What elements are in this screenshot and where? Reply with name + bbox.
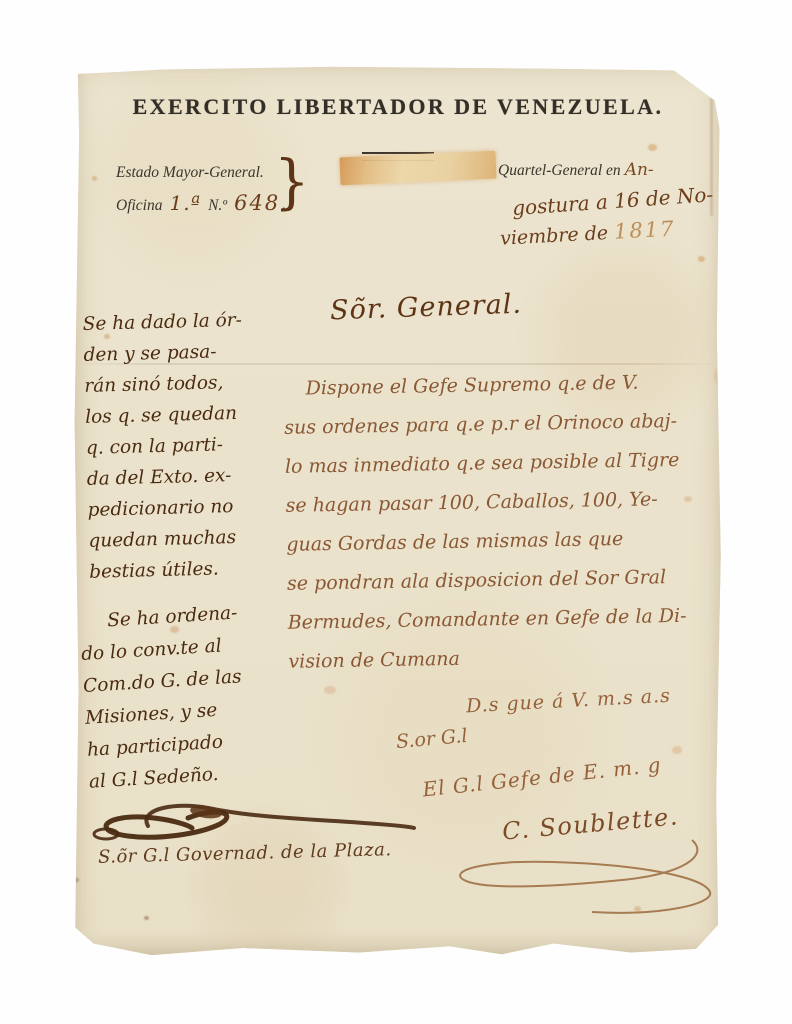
foxing-spot — [648, 144, 657, 151]
foxing-spot — [92, 176, 97, 181]
letterhead-title: EXERCITO LIBERTADOR DE VENEZUELA. — [74, 94, 722, 120]
office-line2: Oficina 1.ª N.º 648. — [116, 191, 289, 215]
body-line: Bermudes, Comandante en Gefe de la Di- — [287, 596, 724, 643]
foxing-spot — [324, 686, 336, 694]
margin-note-paragraph1: Se ha dado la ór- den y se pasa- rán sin… — [82, 303, 311, 588]
office-line1: Estado Mayor-General. — [116, 164, 289, 182]
tape-stain — [339, 151, 496, 186]
foxing-spot — [684, 496, 692, 502]
office-number-handwritten: 1.ª — [170, 191, 202, 215]
body-line: se hagan pasar 100, Caballos, 100, Ye- — [285, 479, 722, 526]
foxing-spot — [74, 878, 79, 882]
address-line: S.õr G.l Governad. de la Plaza. — [98, 839, 392, 868]
dateline-hand-line2: gostura a 16 de No- — [511, 182, 718, 220]
dateline-hand-part1: An- — [625, 160, 654, 180]
closing-addressee-abbrev: S.or G.l — [395, 725, 468, 753]
foxing-spot — [144, 916, 149, 920]
signature-soublette: C. Soublette. — [501, 802, 680, 845]
letter-body: Dispone el Gefe Supremo q.e de V. sus or… — [283, 362, 724, 682]
margin-note-paragraph2: Se ha ordena- do lo conv.te al Com.do G.… — [78, 593, 317, 799]
manuscript-page: EXERCITO LIBERTADOR DE VENEZUELA. Estado… — [74, 66, 722, 956]
printed-brace: } — [274, 148, 310, 216]
number-label: N.º — [208, 197, 227, 215]
closing-valediction: D.s gue á V. m.s a.s — [466, 685, 672, 718]
foxing-spot — [170, 626, 179, 633]
foxing-spot — [714, 366, 728, 386]
dateline-block: Quartel-General en An- gostura a 16 de N… — [498, 160, 718, 244]
body-line: vision de Cumana — [288, 635, 725, 682]
margin-line: bestias útiles. — [89, 551, 312, 588]
dateline-printed: Quartel-General en — [498, 162, 621, 179]
dateline-year: 1817 — [613, 217, 676, 244]
clipped-corner-crease — [675, 59, 713, 91]
office-label: Oficina — [116, 197, 163, 215]
foxing-spot — [698, 256, 705, 262]
foxing-spot — [104, 334, 110, 339]
right-edge-fold — [710, 98, 713, 216]
signature-flourish — [442, 834, 718, 930]
foxing-spot — [634, 906, 641, 912]
closing-office-line: El G.l Gefe de E. m. g — [421, 753, 662, 802]
office-reference-block: Estado Mayor-General. Oficina 1.ª N.º 64… — [116, 164, 289, 215]
dateline-hand-line3: viembre de 1817 — [500, 214, 719, 249]
salutation: Sõr. General. — [330, 289, 523, 327]
foxing-spot — [672, 746, 682, 754]
